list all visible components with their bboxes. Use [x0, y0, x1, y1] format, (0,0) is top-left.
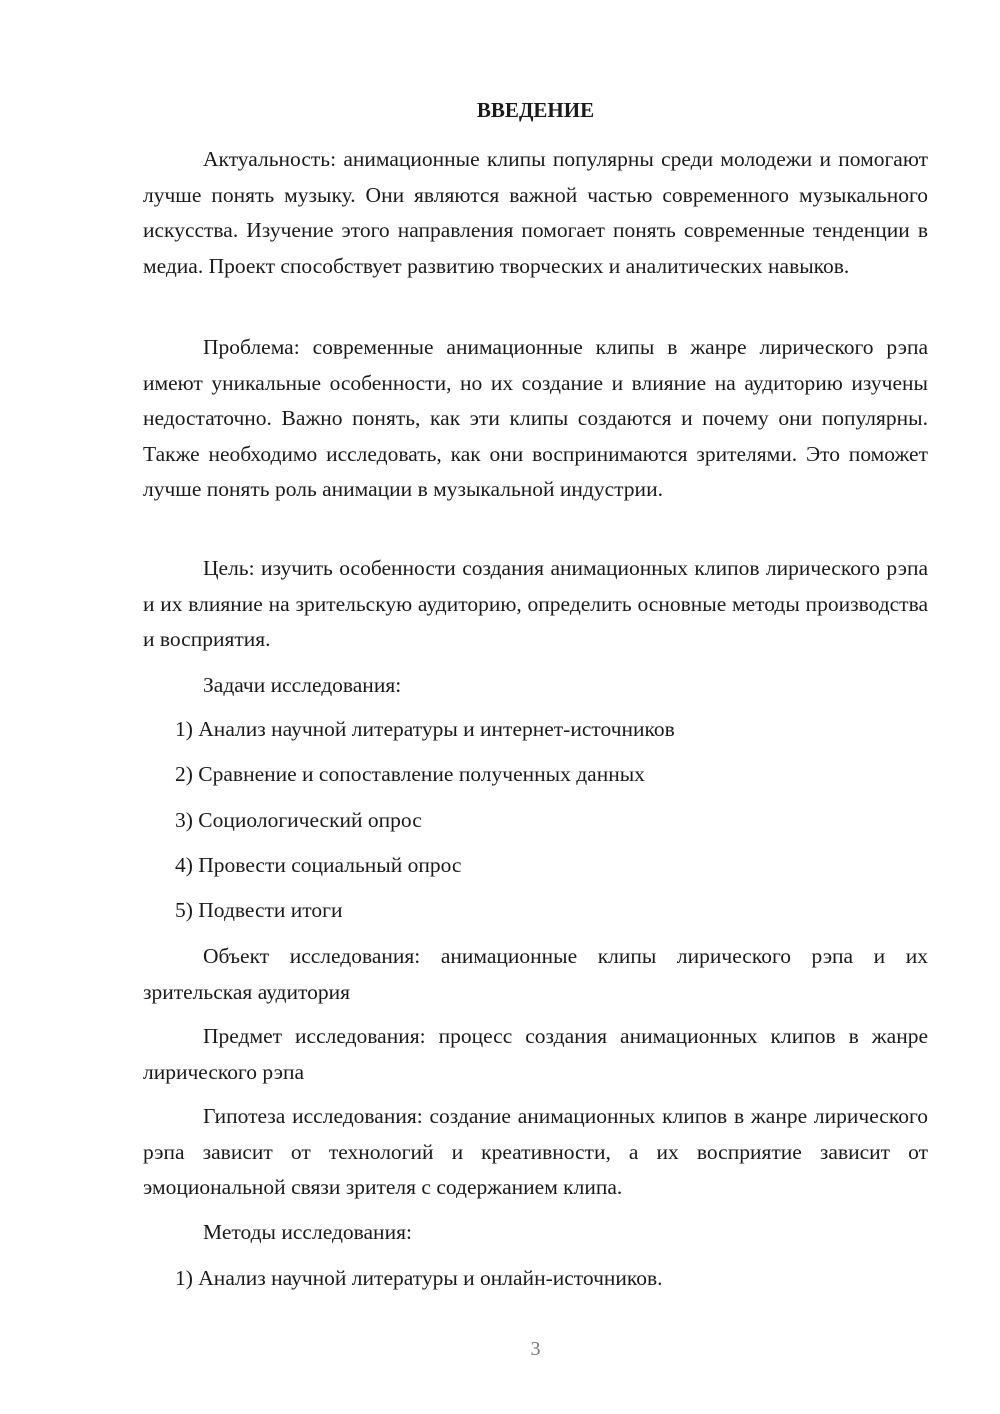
tasks-heading: Задачи исследования:: [203, 668, 401, 704]
task-item: 5) Подвести итоги: [175, 893, 343, 929]
task-item: 2) Сравнение и сопоставление полученных …: [175, 757, 645, 793]
task-item: 1) Анализ научной литературы и интернет-…: [175, 712, 675, 748]
section-title: ВВЕДЕНИЕ: [143, 93, 928, 128]
object-paragraph: Объект исследования: анимационные клипы …: [143, 939, 928, 1010]
subject-paragraph: Предмет исследования: процесс создания а…: [143, 1019, 928, 1090]
method-item: 1) Анализ научной литературы и онлайн-ис…: [175, 1261, 663, 1297]
goal-paragraph: Цель: изучить особенности создания анима…: [143, 551, 928, 658]
hypothesis-paragraph: Гипотеза исследования: создание анимацио…: [143, 1099, 928, 1206]
task-item: 4) Провести социальный опрос: [175, 848, 461, 884]
methods-heading: Методы исследования:: [203, 1215, 412, 1251]
relevance-paragraph: Актуальность: анимационные клипы популяр…: [143, 142, 928, 284]
task-item: 3) Социологический опрос: [175, 803, 422, 839]
problem-paragraph: Проблема: современные анимационные клипы…: [143, 330, 928, 508]
page-number: 3: [143, 1332, 928, 1368]
